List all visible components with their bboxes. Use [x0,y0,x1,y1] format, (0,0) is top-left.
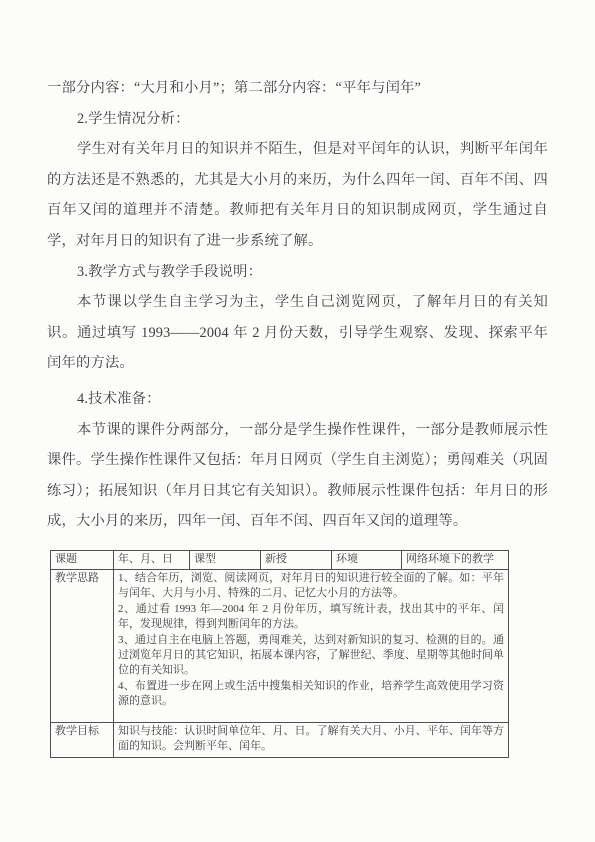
table-header-row: 课题 年、月、日 课型 新授 环境 网络环境下的教学 [51,550,509,569]
header-cell-lesson-type-value: 新授 [261,550,332,569]
row-label-teaching-goals: 教学目标 [51,722,114,757]
table-row-teaching-ideas: 教学思路 1、结合年历，浏览、阅读网页，对年月日的知识进行较全面的了解。如：平年… [51,569,509,722]
lesson-info-table: 课题 年、月、日 课型 新授 环境 网络环境下的教学 教学思路 1、结合年历，浏… [50,550,509,758]
header-cell-topic-value: 年、月、日 [114,550,190,569]
table-row-teaching-goals: 教学目标 知识与技能：认识时间单位年、月、日。了解有关大月、小月、平年、闰年等方… [51,722,509,757]
row-content-teaching-ideas: 1、结合年历，浏览、阅读网页，对年月日的知识进行较全面的了解。如：平年与闰年、大… [114,569,509,722]
paragraph-lesson-content-continuation: 一部分内容：“大月和小月”；第二部分内容：“平年与闰年” [47,73,548,104]
row-content-teaching-goals: 知识与技能：认识时间单位年、月、日。了解有关大月、小月、平年、闰年等方面的知识。… [114,722,509,757]
heading-teaching-method: 3.教学方式与教学手段说明： [47,257,548,288]
document-body: 一部分内容：“大月和小月”；第二部分内容：“平年与闰年” 2.学生情况分析： 学… [47,73,548,758]
paragraph-technical-preparation: 本节课的课件分两部分，一部分是学生操作性课件，一部分是教师展示性课件。学生操作性… [47,415,548,537]
document-page: 一部分内容：“大月和小月”；第二部分内容：“平年与闰年” 2.学生情况分析： 学… [0,0,595,842]
paragraph-student-analysis: 学生对有关年月日的知识并不陌生，但是对平闰年的认识，判断平年闰年的方法还是不熟悉… [47,134,548,256]
teaching-idea-item-2: 2、通过看 1993 年—2004 年 2 月份年历，填写统计表，找出其中的平年… [118,602,504,633]
teaching-idea-item-4: 4、布置进一步在网上或生活中搜集相关知识的作业，培养学生高效使用学习资源的意识。 [118,679,504,710]
teaching-goal-item-1: 知识与技能：认识时间单位年、月、日。了解有关大月、小月、平年、闰年等方面的知识。… [118,724,504,755]
header-cell-topic-label: 课题 [51,550,114,569]
header-cell-environment-value: 网络环境下的教学 [402,550,509,569]
paragraph-teaching-method: 本节课以学生自主学习为主，学生自己浏览网页，了解年月日的有关知识。通过填写 19… [47,287,548,379]
header-cell-lesson-type-label: 课型 [190,550,261,569]
heading-student-analysis: 2.学生情况分析： [47,104,548,135]
heading-technical-preparation: 4.技术准备： [47,384,548,415]
teaching-idea-item-3: 3、通过自主在电脑上答题，勇闯难关，达到对新知识的复习、检测的目的。通过浏览年月… [118,633,504,679]
header-cell-environment-label: 环境 [332,550,402,569]
teaching-idea-item-1: 1、结合年历，浏览、阅读网页，对年月日的知识进行较全面的了解。如：平年与闰年、大… [118,571,504,602]
row-label-teaching-ideas: 教学思路 [51,569,114,722]
